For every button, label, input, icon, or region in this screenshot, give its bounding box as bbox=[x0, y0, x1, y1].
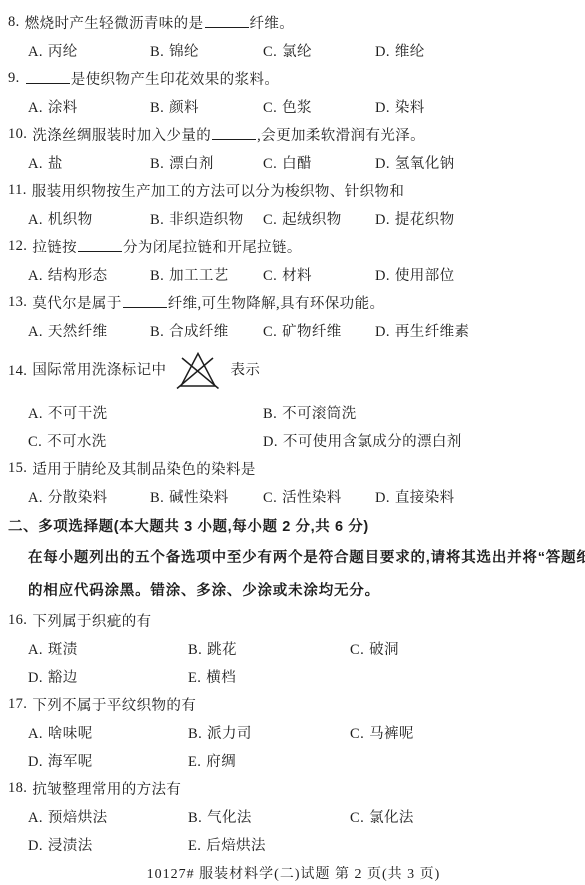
option-text: 府绸 bbox=[206, 750, 236, 771]
option-label: A. bbox=[28, 642, 43, 659]
question-stem: 下列属于织疵的有 bbox=[32, 610, 151, 631]
option-C: C.起绒织物 bbox=[263, 208, 375, 229]
option-D: D.氢氧化钠 bbox=[375, 152, 455, 173]
question-stem-line: 8.燃烧时产生轻微沥青味的是纤维。 bbox=[8, 8, 579, 36]
option-label: B. bbox=[150, 44, 164, 61]
question-18: 18.抗皱整理常用的方法有A.预焙烘法B.气化法C.氯化法D.浸渍法E.后焙烘法 bbox=[8, 774, 579, 858]
option-B: B.不可滚筒洗 bbox=[263, 402, 357, 423]
option-label: E. bbox=[188, 754, 201, 771]
stem-text: 表示 bbox=[230, 362, 260, 378]
option-label: A. bbox=[28, 268, 43, 285]
option-label: D. bbox=[375, 324, 390, 341]
option-label: A. bbox=[28, 726, 43, 743]
option-label: C. bbox=[263, 100, 277, 117]
stem-text: 莫代尔是属于 bbox=[32, 296, 121, 312]
option-label: E. bbox=[188, 838, 201, 855]
option-label: E. bbox=[188, 670, 201, 687]
option-label: D. bbox=[375, 100, 390, 117]
option-text: 马裤呢 bbox=[369, 722, 414, 743]
option-text: 色浆 bbox=[282, 96, 312, 117]
question-stem: 国际常用洗涤标记中 表示 bbox=[32, 352, 260, 390]
question-10: 10.洗涤丝绸服装时加入少量的,会更加柔软滑润有光泽。A.盐B.漂白剂C.白醋D… bbox=[8, 120, 579, 176]
option-label: B. bbox=[150, 212, 164, 229]
section-2-instructions: 在每小题列出的五个备选项中至少有两个是符合题目要求的,请将其选出并将“答题纸” … bbox=[8, 540, 579, 606]
option-A: A.盐 bbox=[28, 152, 150, 173]
option-B: B.漂白剂 bbox=[150, 152, 263, 173]
option-text: 涂料 bbox=[48, 96, 78, 117]
question-stem-line: 11.服装用织物按生产加工的方法可以分为梭织物、针织物和 bbox=[8, 176, 579, 204]
question-14: 14.国际常用洗涤标记中 表示A.不可干洗B.不可滚筒洗C.不可水洗D.不可使用… bbox=[8, 344, 579, 454]
option-D: D.浸渍法 bbox=[28, 834, 188, 855]
option-text: 斑渍 bbox=[48, 638, 78, 659]
question-16: 16.下列属于织疵的有A.斑渍B.跳花C.破洞D.豁边E.横档 bbox=[8, 606, 579, 690]
fill-in-blank bbox=[78, 238, 122, 252]
option-D: D.豁边 bbox=[28, 666, 188, 687]
stem-text: 洗涤丝绸服装时加入少量的 bbox=[32, 128, 211, 144]
question-number: 18. bbox=[8, 780, 27, 797]
question-stem-line: 15.适用于腈纶及其制品染色的染料是 bbox=[8, 454, 579, 482]
option-label: C. bbox=[263, 212, 277, 229]
option-text: 横档 bbox=[206, 666, 236, 687]
question-17: 17.下列不属于平纹织物的有A.啥味呢B.派力司C.马裤呢D.海军呢E.府绸 bbox=[8, 690, 579, 774]
stem-text: 拉链按 bbox=[32, 240, 77, 256]
exam-page: 8.燃烧时产生轻微沥青味的是纤维。A.丙纶B.锦纶C.氯纶D.维纶9.是使织物产… bbox=[0, 0, 585, 885]
option-D: D.直接染料 bbox=[375, 486, 455, 507]
crossed-triangle-icon bbox=[176, 352, 220, 390]
options-row: D.豁边E.横档 bbox=[8, 662, 579, 690]
question-number: 12. bbox=[8, 238, 27, 255]
option-text: 矿物纤维 bbox=[282, 320, 342, 341]
options-row: A.涂料B.颜料C.色浆D.染料 bbox=[8, 92, 579, 120]
option-A: A.斑渍 bbox=[28, 638, 188, 659]
option-E: E.府绸 bbox=[188, 750, 350, 771]
question-stem-line: 16.下列属于织疵的有 bbox=[8, 606, 579, 634]
option-A: A.天然纤维 bbox=[28, 320, 150, 341]
option-text: 不可水洗 bbox=[47, 430, 107, 451]
section-2-heading: 二、多项选择题(本大题共 3 小题,每小题 2 分,共 6 分) bbox=[8, 510, 579, 540]
option-D: D.海军呢 bbox=[28, 750, 188, 771]
fill-in-blank bbox=[123, 294, 167, 308]
option-text: 使用部位 bbox=[395, 264, 455, 285]
option-label: C. bbox=[263, 156, 277, 173]
question-number: 16. bbox=[8, 612, 27, 629]
option-text: 丙纶 bbox=[48, 40, 78, 61]
option-A: A.预焙烘法 bbox=[28, 806, 188, 827]
option-text: 直接染料 bbox=[395, 486, 455, 507]
question-number: 10. bbox=[8, 126, 27, 143]
option-label: A. bbox=[28, 324, 43, 341]
options-row: A.啥味呢B.派力司C.马裤呢 bbox=[8, 718, 579, 746]
option-C: C.活性染料 bbox=[263, 486, 375, 507]
option-label: C. bbox=[263, 268, 277, 285]
question-13: 13.莫代尔是属于纤维,可生物降解,具有环保功能。A.天然纤维B.合成纤维C.矿… bbox=[8, 288, 579, 344]
option-D: D.再生纤维素 bbox=[375, 320, 469, 341]
stem-text: 燃烧时产生轻微沥青味的是 bbox=[25, 16, 204, 32]
question-number: 17. bbox=[8, 696, 27, 713]
option-text: 活性染料 bbox=[282, 486, 342, 507]
option-C: C.色浆 bbox=[263, 96, 375, 117]
option-label: D. bbox=[375, 268, 390, 285]
option-label: B. bbox=[150, 100, 164, 117]
option-text: 跳花 bbox=[207, 638, 237, 659]
option-label: B. bbox=[150, 268, 164, 285]
option-label: D. bbox=[28, 838, 43, 855]
option-label: C. bbox=[263, 324, 277, 341]
stem-text: 分为闭尾拉链和开尾拉链。 bbox=[123, 240, 302, 256]
option-C: C.破洞 bbox=[350, 638, 399, 659]
question-number: 11. bbox=[8, 182, 27, 199]
option-text: 氯纶 bbox=[282, 40, 312, 61]
option-label: C. bbox=[350, 810, 364, 827]
option-text: 海军呢 bbox=[48, 750, 93, 771]
options-row: D.海军呢E.府绸 bbox=[8, 746, 579, 774]
question-stem: 服装用织物按生产加工的方法可以分为梭织物、针织物和 bbox=[32, 180, 405, 201]
option-text: 浸渍法 bbox=[48, 834, 93, 855]
question-stem-line: 17.下列不属于平纹织物的有 bbox=[8, 690, 579, 718]
option-label: A. bbox=[28, 490, 43, 507]
option-B: B.颜料 bbox=[150, 96, 263, 117]
option-label: A. bbox=[28, 100, 43, 117]
option-B: B.跳花 bbox=[188, 638, 350, 659]
question-stem: 是使织物产生印花效果的浆料。 bbox=[25, 68, 280, 89]
question-stem-line: 9.是使织物产生印花效果的浆料。 bbox=[8, 64, 579, 92]
option-label: D. bbox=[263, 434, 278, 451]
option-D: D.维纶 bbox=[375, 40, 425, 61]
option-label: B. bbox=[263, 406, 277, 423]
options-row: D.浸渍法E.后焙烘法 bbox=[8, 830, 579, 858]
option-text: 染料 bbox=[395, 96, 425, 117]
stem-text: 纤维,可生物降解,具有环保功能。 bbox=[168, 296, 385, 312]
question-number: 15. bbox=[8, 460, 27, 477]
option-label: A. bbox=[28, 44, 43, 61]
option-label: C. bbox=[28, 434, 42, 451]
fill-in-blank bbox=[205, 14, 249, 28]
question-stem-line: 10.洗涤丝绸服装时加入少量的,会更加柔软滑润有光泽。 bbox=[8, 120, 579, 148]
option-text: 预焙烘法 bbox=[48, 806, 108, 827]
options-row: A.预焙烘法B.气化法C.氯化法 bbox=[8, 802, 579, 830]
option-label: C. bbox=[263, 44, 277, 61]
question-12: 12.拉链按分为闭尾拉链和开尾拉链。A.结构形态B.加工工艺C.材料D.使用部位 bbox=[8, 232, 579, 288]
fill-in-blank bbox=[212, 126, 256, 140]
option-text: 碱性染料 bbox=[169, 486, 229, 507]
option-text: 豁边 bbox=[48, 666, 78, 687]
option-label: D. bbox=[375, 212, 390, 229]
option-text: 机织物 bbox=[48, 208, 93, 229]
option-text: 提花织物 bbox=[395, 208, 455, 229]
single-choice-questions: 8.燃烧时产生轻微沥青味的是纤维。A.丙纶B.锦纶C.氯纶D.维纶9.是使织物产… bbox=[8, 8, 579, 510]
options-row: A.盐B.漂白剂C.白醋D.氢氧化钠 bbox=[8, 148, 579, 176]
option-text: 啥味呢 bbox=[48, 722, 93, 743]
option-label: C. bbox=[350, 642, 364, 659]
option-label: B. bbox=[150, 324, 164, 341]
option-text: 维纶 bbox=[395, 40, 425, 61]
option-text: 非织造织物 bbox=[169, 208, 244, 229]
option-B: B.气化法 bbox=[188, 806, 350, 827]
option-B: B.非织造织物 bbox=[150, 208, 263, 229]
option-A: A.不可干洗 bbox=[28, 402, 263, 423]
option-A: A.涂料 bbox=[28, 96, 150, 117]
option-label: C. bbox=[350, 726, 364, 743]
option-label: B. bbox=[188, 726, 202, 743]
option-C: C.不可水洗 bbox=[28, 430, 263, 451]
option-text: 氯化法 bbox=[369, 806, 414, 827]
option-text: 氢氧化钠 bbox=[395, 152, 455, 173]
option-B: B.加工工艺 bbox=[150, 264, 263, 285]
question-stem-line: 14.国际常用洗涤标记中 表示 bbox=[8, 344, 579, 398]
option-label: B. bbox=[150, 490, 164, 507]
option-label: B. bbox=[150, 156, 164, 173]
options-row: A.斑渍B.跳花C.破洞 bbox=[8, 634, 579, 662]
option-text: 天然纤维 bbox=[48, 320, 108, 341]
stem-text: ,会更加柔软滑润有光泽。 bbox=[257, 128, 425, 144]
option-label: A. bbox=[28, 810, 43, 827]
option-label: A. bbox=[28, 156, 43, 173]
question-stem-line: 18.抗皱整理常用的方法有 bbox=[8, 774, 579, 802]
option-A: A.结构形态 bbox=[28, 264, 150, 285]
question-stem: 拉链按分为闭尾拉链和开尾拉链。 bbox=[32, 236, 302, 257]
option-C: C.白醋 bbox=[263, 152, 375, 173]
question-stem-line: 12.拉链按分为闭尾拉链和开尾拉链。 bbox=[8, 232, 579, 260]
question-15: 15.适用于腈纶及其制品染色的染料是A.分散染料B.碱性染料C.活性染料D.直接… bbox=[8, 454, 579, 510]
option-C: C.氯纶 bbox=[263, 40, 375, 61]
option-text: 合成纤维 bbox=[169, 320, 229, 341]
options-row: A.不可干洗B.不可滚筒洗 bbox=[8, 398, 579, 426]
option-label: D. bbox=[375, 490, 390, 507]
option-C: C.马裤呢 bbox=[350, 722, 414, 743]
question-stem: 洗涤丝绸服装时加入少量的,会更加柔软滑润有光泽。 bbox=[32, 124, 425, 145]
option-B: B.合成纤维 bbox=[150, 320, 263, 341]
option-text: 加工工艺 bbox=[169, 264, 229, 285]
stem-text: 下列不属于平纹织物的有 bbox=[32, 698, 196, 714]
stem-text: 国际常用洗涤标记中 bbox=[32, 362, 166, 378]
option-D: D.不可使用含氯成分的漂白剂 bbox=[263, 430, 462, 451]
option-text: 破洞 bbox=[369, 638, 399, 659]
option-text: 颜料 bbox=[169, 96, 199, 117]
option-label: B. bbox=[188, 642, 202, 659]
question-stem: 抗皱整理常用的方法有 bbox=[32, 778, 181, 799]
stem-text: 服装用织物按生产加工的方法可以分为梭织物、针织物和 bbox=[32, 184, 405, 200]
question-number: 13. bbox=[8, 294, 27, 311]
options-row: A.丙纶B.锦纶C.氯纶D.维纶 bbox=[8, 36, 579, 64]
option-text: 锦纶 bbox=[169, 40, 199, 61]
question-stem-line: 13.莫代尔是属于纤维,可生物降解,具有环保功能。 bbox=[8, 288, 579, 316]
question-stem: 燃烧时产生轻微沥青味的是纤维。 bbox=[25, 12, 295, 33]
option-text: 不可干洗 bbox=[48, 402, 108, 423]
stem-text: 是使织物产生印花效果的浆料。 bbox=[71, 72, 280, 88]
instructions-line-2: 的相应代码涂黑。错涂、多涂、少涂或未涂均无分。 bbox=[8, 573, 579, 606]
options-row: A.机织物B.非织造织物C.起绒织物D.提花织物 bbox=[8, 204, 579, 232]
option-text: 再生纤维素 bbox=[395, 320, 470, 341]
stem-text: 适用于腈纶及其制品染色的染料是 bbox=[32, 462, 256, 478]
question-11: 11.服装用织物按生产加工的方法可以分为梭织物、针织物和A.机织物B.非织造织物… bbox=[8, 176, 579, 232]
option-B: B.锦纶 bbox=[150, 40, 263, 61]
option-C: C.氯化法 bbox=[350, 806, 414, 827]
stem-text: 下列属于织疵的有 bbox=[32, 614, 151, 630]
fill-in-blank bbox=[26, 70, 70, 84]
page-footer: 10127# 服装材料学(二)试题 第 2 页(共 3 页) bbox=[8, 858, 579, 885]
option-text: 派力司 bbox=[207, 722, 252, 743]
option-label: A. bbox=[28, 406, 43, 423]
options-row: A.分散染料B.碱性染料C.活性染料D.直接染料 bbox=[8, 482, 579, 510]
option-label: C. bbox=[263, 490, 277, 507]
option-E: E.后焙烘法 bbox=[188, 834, 350, 855]
option-A: A.分散染料 bbox=[28, 486, 150, 507]
stem-text: 纤维。 bbox=[250, 16, 295, 32]
option-label: D. bbox=[28, 754, 43, 771]
question-8: 8.燃烧时产生轻微沥青味的是纤维。A.丙纶B.锦纶C.氯纶D.维纶 bbox=[8, 8, 579, 64]
options-row: A.结构形态B.加工工艺C.材料D.使用部位 bbox=[8, 260, 579, 288]
option-A: A.机织物 bbox=[28, 208, 150, 229]
option-D: D.使用部位 bbox=[375, 264, 455, 285]
multi-choice-questions: 16.下列属于织疵的有A.斑渍B.跳花C.破洞D.豁边E.横档17.下列不属于平… bbox=[8, 606, 579, 858]
stem-text: 抗皱整理常用的方法有 bbox=[32, 782, 181, 798]
question-number: 14. bbox=[8, 363, 27, 380]
option-text: 盐 bbox=[48, 152, 63, 173]
option-D: D.染料 bbox=[375, 96, 425, 117]
option-label: A. bbox=[28, 212, 43, 229]
option-label: B. bbox=[188, 810, 202, 827]
option-A: A.丙纶 bbox=[28, 40, 150, 61]
option-A: A.啥味呢 bbox=[28, 722, 188, 743]
option-text: 材料 bbox=[282, 264, 312, 285]
option-D: D.提花织物 bbox=[375, 208, 455, 229]
question-number: 9. bbox=[8, 70, 20, 87]
option-E: E.横档 bbox=[188, 666, 350, 687]
option-text: 不可滚筒洗 bbox=[282, 402, 357, 423]
option-C: C.材料 bbox=[263, 264, 375, 285]
options-row: A.天然纤维B.合成纤维C.矿物纤维D.再生纤维素 bbox=[8, 316, 579, 344]
option-text: 气化法 bbox=[207, 806, 252, 827]
option-label: D. bbox=[28, 670, 43, 687]
question-stem: 适用于腈纶及其制品染色的染料是 bbox=[32, 458, 256, 479]
option-C: C.矿物纤维 bbox=[263, 320, 375, 341]
option-text: 白醋 bbox=[282, 152, 312, 173]
question-stem: 莫代尔是属于纤维,可生物降解,具有环保功能。 bbox=[32, 292, 384, 313]
question-stem: 下列不属于平纹织物的有 bbox=[32, 694, 196, 715]
option-text: 起绒织物 bbox=[282, 208, 342, 229]
option-text: 不可使用含氯成分的漂白剂 bbox=[283, 430, 462, 451]
option-text: 后焙烘法 bbox=[206, 834, 266, 855]
option-B: B.派力司 bbox=[188, 722, 350, 743]
question-number: 8. bbox=[8, 14, 20, 31]
option-text: 漂白剂 bbox=[169, 152, 214, 173]
option-label: D. bbox=[375, 156, 390, 173]
options-row: C.不可水洗D.不可使用含氯成分的漂白剂 bbox=[8, 426, 579, 454]
option-text: 分散染料 bbox=[48, 486, 108, 507]
option-B: B.碱性染料 bbox=[150, 486, 263, 507]
option-text: 结构形态 bbox=[48, 264, 108, 285]
instructions-line-1: 在每小题列出的五个备选项中至少有两个是符合题目要求的,请将其选出并将“答题纸” bbox=[8, 540, 579, 573]
option-label: D. bbox=[375, 44, 390, 61]
question-9: 9.是使织物产生印花效果的浆料。A.涂料B.颜料C.色浆D.染料 bbox=[8, 64, 579, 120]
